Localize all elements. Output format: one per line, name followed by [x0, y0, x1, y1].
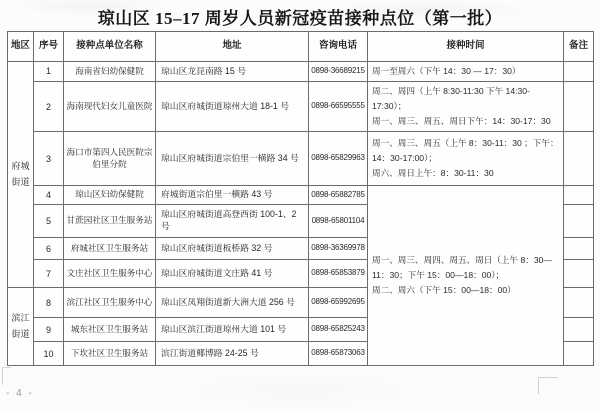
phone-cell: 0898-65825243: [309, 318, 368, 342]
no-cell: 2: [34, 82, 64, 132]
time-line: 周一、周三、周五（上午 8：30-11：30 ；下午：14：30-17:00）；: [372, 136, 559, 166]
page-title: 琼山区 15–17 周岁人员新冠疫苗接种点位（第一批）: [0, 4, 600, 29]
site-cell: 下坎社区卫生服务站: [64, 342, 156, 366]
time-line: 周一、周三、周四、周五、周日（上午 8：30—11：30；下午 15：00—18…: [372, 253, 559, 283]
address-cell: 琼山区滨江街道琼州大道 101 号: [156, 318, 309, 342]
phone-cell: 0898-66595555: [309, 82, 368, 132]
no-cell: 8: [34, 288, 64, 318]
no-cell: 1: [34, 62, 64, 82]
phone-cell: 0898-65801104: [309, 205, 368, 238]
no-cell: 4: [34, 186, 64, 205]
note-cell: [564, 288, 594, 318]
note-cell: [564, 62, 594, 82]
table-row: 2 海南现代妇女儿童医院 琼山区府城街道琼州大道 18-1 号 0898-665…: [8, 82, 594, 132]
phone-cell: 0898-65829963: [309, 132, 368, 186]
note-cell: [564, 238, 594, 260]
region-label: 府城街道: [11, 159, 31, 190]
site-cell: 滨江社区卫生服务中心: [64, 288, 156, 318]
col-header-site: 接种点单位名称: [64, 32, 156, 62]
phone-cell: 0898-65853879: [309, 260, 368, 288]
table-row: 府城街道 1 海南省妇幼保健院 琼山区龙昆南路 15 号 0898-366892…: [8, 62, 594, 82]
no-cell: 5: [34, 205, 64, 238]
time-line: 周二、周四（上午 8:30-11:30 下午 14:30-17:30）；: [372, 84, 559, 114]
region-cell-fucheng: 府城街道: [8, 62, 34, 288]
note-cell: [564, 132, 594, 186]
no-cell: 10: [34, 342, 64, 366]
time-line: 周一至周六（下午 14：30 — 17：30）: [372, 64, 559, 79]
vaccination-sites-table: 地区 序号 接种点单位名称 地址 咨询电话 接种时间 备注 府城街道 1 海南省…: [7, 31, 594, 366]
address-cell: 琼山区凤翔街道新大洲大道 256 号: [156, 288, 309, 318]
phone-cell: 0898-65873063: [309, 342, 368, 366]
address-cell: 府城街道宗伯里一横路 43 号: [156, 186, 309, 205]
no-cell: 6: [34, 238, 64, 260]
note-cell: [564, 82, 594, 132]
phone-cell: 0898-36689215: [309, 62, 368, 82]
address-cell: 琼山区府城街道文庄路 41 号: [156, 260, 309, 288]
address-cell: 琼山区府城街道板桥路 32 号: [156, 238, 309, 260]
site-cell: 琼山区妇幼保健院: [64, 186, 156, 205]
col-header-address: 地址: [156, 32, 309, 62]
note-cell: [564, 260, 594, 288]
time-line: 周一、周三、周五、周日下午：14：30-17：30: [372, 114, 559, 129]
address-cell: 琼山区府城街道高登西街 100-1、2 号: [156, 205, 309, 238]
address-cell: 滨江街道椰博路 24-25 号: [156, 342, 309, 366]
col-header-no: 序号: [34, 32, 64, 62]
time-line: 周二、周六（下午 15：00—18：00）: [372, 283, 559, 298]
note-cell: [564, 186, 594, 205]
region-cell-binjiang: 滨江街道: [8, 288, 34, 366]
site-cell: 城东社区卫生服务站: [64, 318, 156, 342]
note-cell: [564, 342, 594, 366]
page-number: - 4 -: [6, 388, 34, 399]
region-label: 滨江街道: [11, 311, 31, 342]
address-cell: 琼山区龙昆南路 15 号: [156, 62, 309, 82]
no-cell: 9: [34, 318, 64, 342]
site-cell: 府城社区卫生服务站: [64, 238, 156, 260]
site-cell: 海南省妇幼保健院: [64, 62, 156, 82]
time-cell: 周二、周四（上午 8:30-11:30 下午 14:30-17:30）； 周一、…: [368, 82, 564, 132]
col-header-phone: 咨询电话: [309, 32, 368, 62]
time-cell: 周一至周六（下午 14：30 — 17：30）: [368, 62, 564, 82]
document-page: 琼山区 15–17 周岁人员新冠疫苗接种点位（第一批） 地区 序号 接种点单位名…: [0, 0, 600, 411]
site-cell: 甘蔗园社区卫生服务站: [64, 205, 156, 238]
table-header-row: 地区 序号 接种点单位名称 地址 咨询电话 接种时间 备注: [8, 32, 594, 62]
note-cell: [564, 205, 594, 238]
scan-corner-mark-left: [2, 367, 11, 385]
site-cell: 海南现代妇女儿童医院: [64, 82, 156, 132]
table-row: 3 海口市第四人民医院宗伯里分院 琼山区府城街道宗伯里一横路 34 号 0898…: [8, 132, 594, 186]
phone-cell: 0898-65882785: [309, 186, 368, 205]
note-cell: [564, 318, 594, 342]
col-header-time: 接种时间: [368, 32, 564, 62]
site-cell: 文庄社区卫生服务中心: [64, 260, 156, 288]
phone-cell: 0898-36369978: [309, 238, 368, 260]
col-header-note: 备注: [564, 32, 594, 62]
phone-cell: 0898-65992695: [309, 288, 368, 318]
site-cell: 海口市第四人民医院宗伯里分院: [64, 132, 156, 186]
scan-corner-mark-right: [538, 377, 558, 394]
table-row: 4 琼山区妇幼保健院 府城街道宗伯里一横路 43 号 0898-65882785…: [8, 186, 594, 205]
time-cell-merged: 周一、周三、周四、周五、周日（上午 8：30—11：30；下午 15：00—18…: [368, 186, 564, 366]
address-cell: 琼山区府城街道宗伯里一横路 34 号: [156, 132, 309, 186]
time-cell: 周一、周三、周五（上午 8：30-11：30 ；下午：14：30-17:00）；…: [368, 132, 564, 186]
no-cell: 7: [34, 260, 64, 288]
address-cell: 琼山区府城街道琼州大道 18-1 号: [156, 82, 309, 132]
time-line: 周六、周日上午：8：30-11：30: [372, 166, 559, 181]
no-cell: 3: [34, 132, 64, 186]
col-header-region: 地区: [8, 32, 34, 62]
